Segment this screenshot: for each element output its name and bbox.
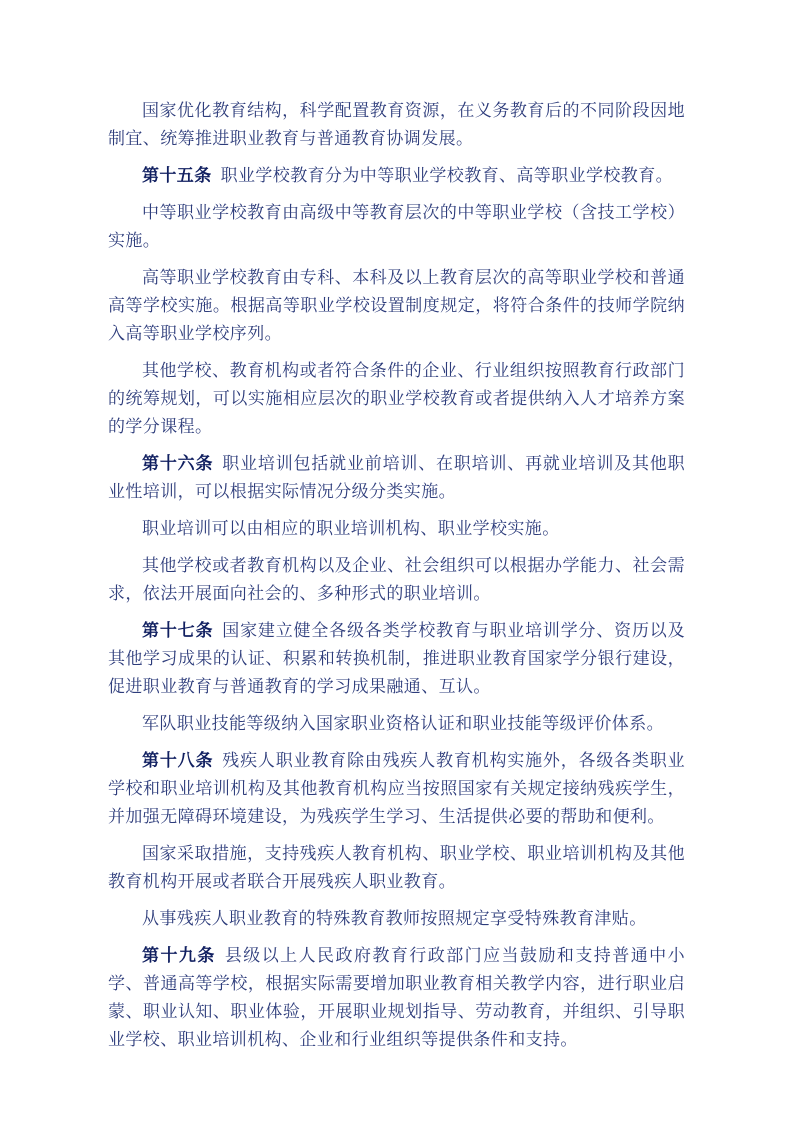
paragraph: 第十六条职业培训包括就业前培训、在职培训、再就业培训及其他职业性培训，可以根据实… [108,450,685,506]
paragraph-text: 军队职业技能等级纳入国家职业资格认证和职业技能等级评价体系。 [142,714,664,733]
paragraph: 第十八条残疾人职业教育除由残疾人教育机构实施外，各级各类职业学校和职业培训机构及… [108,747,685,831]
article-number: 第十九条 [142,946,216,965]
paragraph-text: 中等职业学校教育由高级中等教育层次的中等职业学校（含技工学校）实施。 [108,203,685,250]
paragraph: 国家优化教育结构，科学配置教育资源，在义务教育后的不同阶段因地制宜、统筹推进职业… [108,97,685,153]
paragraph: 第十七条国家建立健全各级各类学校教育与职业培训学分、资历以及其他学习成果的认证、… [108,617,685,701]
article-number: 第十五条 [142,166,212,185]
article-number: 第十七条 [142,621,213,640]
paragraph: 国家采取措施，支持残疾人教育机构、职业学校、职业培训机构及其他教育机构开展或者联… [108,840,685,896]
article-number: 第十六条 [142,454,213,473]
paragraph-text: 高等职业学校教育由专科、本科及以上教育层次的高等职业学校和普通高等学校实施。根据… [108,268,685,343]
paragraph: 其他学校、教育机构或者符合条件的企业、行业组织按照教育行政部门的统筹规划，可以实… [108,357,685,441]
paragraph-text: 从事残疾人职业教育的特殊教育教师按照规定享受特殊教育津贴。 [142,909,647,928]
paragraph: 中等职业学校教育由高级中等教育层次的中等职业学校（含技工学校）实施。 [108,199,685,255]
paragraph: 其他学校或者教育机构以及企业、社会组织可以根据办学能力、社会需求，依法开展面向社… [108,552,685,608]
paragraph: 从事残疾人职业教育的特殊教育教师按照规定享受特殊教育津贴。 [108,905,685,933]
paragraph: 第十五条职业学校教育分为中等职业学校教育、高等职业学校教育。 [108,162,685,190]
article-number: 第十八条 [142,751,213,770]
paragraph: 职业培训可以由相应的职业培训机构、职业学校实施。 [108,515,685,543]
document-page: 国家优化教育结构，科学配置教育资源，在义务教育后的不同阶段因地制宜、统筹推进职业… [0,0,793,1122]
paragraph-text: 国家优化教育结构，科学配置教育资源，在义务教育后的不同阶段因地制宜、统筹推进职业… [108,101,685,148]
paragraph-text: 其他学校或者教育机构以及企业、社会组织可以根据办学能力、社会需求，依法开展面向社… [108,556,685,603]
paragraph-text: 国家采取措施，支持残疾人教育机构、职业学校、职业培训机构及其他教育机构开展或者联… [108,844,685,891]
paragraph-text: 其他学校、教育机构或者符合条件的企业、行业组织按照教育行政部门的统筹规划，可以实… [108,361,685,436]
paragraph: 第十九条县级以上人民政府教育行政部门应当鼓励和支持普通中小学、普通高等学校，根据… [108,942,685,1054]
paragraph: 高等职业学校教育由专科、本科及以上教育层次的高等职业学校和普通高等学校实施。根据… [108,264,685,348]
paragraph-text: 职业学校教育分为中等职业学校教育、高等职业学校教育。 [221,166,673,185]
paragraph-text: 职业培训可以由相应的职业培训机构、职业学校实施。 [142,519,560,538]
paragraph: 军队职业技能等级纳入国家职业资格认证和职业技能等级评价体系。 [108,710,685,738]
